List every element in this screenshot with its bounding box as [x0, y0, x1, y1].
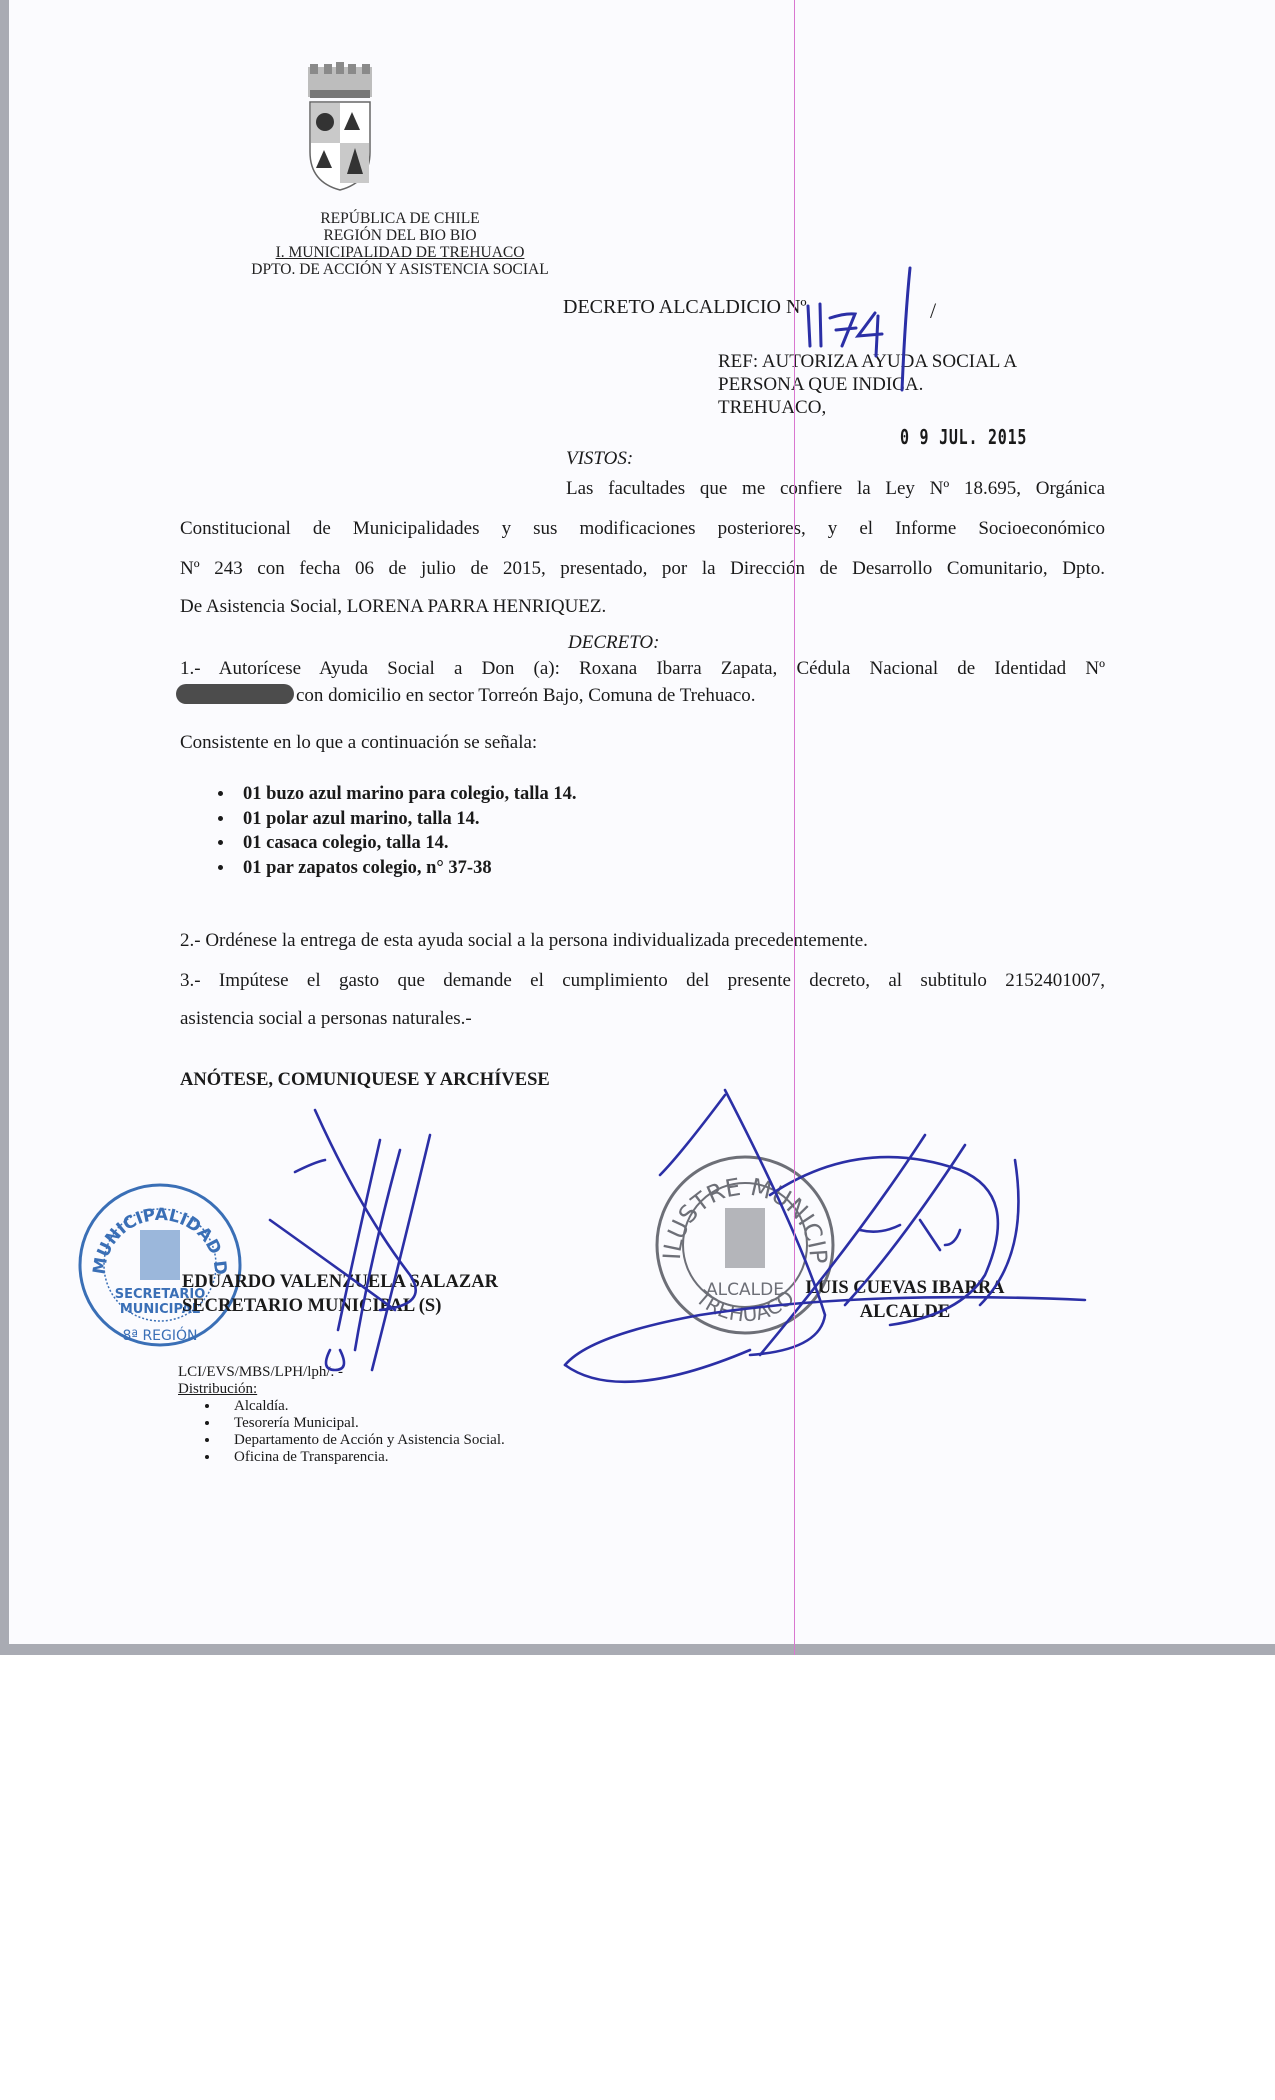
- initials: LCI/EVS/MBS/LPH/lph/. -: [178, 1364, 505, 1381]
- redacted-id-number: [176, 684, 294, 704]
- secretary-name: EDUARDO VALENZUELA SALAZAR: [182, 1270, 498, 1294]
- distribution-label: Distribución:: [178, 1381, 505, 1398]
- list-item: 01 buzo azul marino para colegio, talla …: [235, 782, 577, 807]
- mayor-title: ALCALDE: [775, 1300, 1035, 1324]
- letterhead-country: REPÚBLICA DE CHILE: [250, 210, 550, 227]
- letterhead-region: REGIÓN DEL BIO BIO: [250, 227, 550, 244]
- list-item: Tesorería Municipal.: [220, 1415, 505, 1432]
- decreto-item-1-line-2: con domicilio en sector Torreón Bajo, Co…: [176, 684, 756, 707]
- decreto-heading: DECRETO:: [568, 632, 659, 654]
- vistos-line-4: De Asistencia Social, LORENA PARRA HENRI…: [180, 596, 606, 618]
- list-item: Departamento de Acción y Asistencia Soci…: [220, 1432, 505, 1449]
- vistos-line-2: Constitucional de Municipalidades y sus …: [180, 518, 1105, 540]
- mayor-name: LUIS CUEVAS IBARRA: [775, 1276, 1035, 1300]
- consistente-line: Consistente en lo que a continuación se …: [180, 732, 537, 754]
- list-item: 01 casaca colegio, talla 14.: [235, 831, 577, 856]
- decreto-item-2: 2.- Ordénese la entrega de esta ayuda so…: [180, 930, 868, 952]
- coat-of-arms-icon: [300, 62, 380, 192]
- decreto-item-3-line-1: 3.- Impútese el gasto que demande el cum…: [180, 970, 1105, 992]
- letterhead-department: DPTO. DE ACCIÓN Y ASISTENCIA SOCIAL: [250, 261, 550, 278]
- secretary-signature-block: EDUARDO VALENZUELA SALAZAR SECRETARIO MU…: [182, 1270, 498, 1318]
- decreto-item-1-line-1: 1.- Autorícese Ayuda Social a Don (a): R…: [180, 658, 1105, 680]
- vistos-line-3: Nº 243 con fecha 06 de julio de 2015, pr…: [180, 558, 1105, 580]
- letterhead: REPÚBLICA DE CHILE REGIÓN DEL BIO BIO I.…: [250, 210, 550, 278]
- mayor-signature-block: LUIS CUEVAS IBARRA ALCALDE: [775, 1276, 1035, 1324]
- letterhead-municipality: I. MUNICIPALIDAD DE TREHUACO: [250, 244, 550, 261]
- svg-text:8ª REGIÓN: 8ª REGIÓN: [123, 1326, 198, 1344]
- list-item: Alcaldía.: [220, 1398, 505, 1415]
- distribution-block: LCI/EVS/MBS/LPH/lph/. - Distribución: Al…: [178, 1364, 505, 1466]
- vistos-heading: VISTOS:: [566, 448, 633, 470]
- aid-items-list: 01 buzo azul marino para colegio, talla …: [195, 782, 577, 880]
- decreto-item-3-line-2: asistencia social a personas naturales.-: [180, 1008, 472, 1030]
- closing-formula: ANÓTESE, COMUNIQUESE Y ARCHÍVESE: [180, 1070, 550, 1091]
- vistos-line-1: Las facultades que me confiere la Ley Nº…: [566, 478, 1105, 500]
- list-item: 01 polar azul marino, talla 14.: [235, 807, 577, 832]
- decree-number-label: DECRETO ALCALDICIO Nº: [563, 296, 807, 319]
- reference-block: REF: AUTORIZA AYUDA SOCIAL A PERSONA QUE…: [718, 350, 1017, 419]
- scan-guide-line: [794, 0, 795, 1655]
- date-stamp: 0 9 JUL. 2015: [900, 425, 1027, 449]
- secretary-title: SECRETARIO MUNICIPAL (S): [182, 1294, 498, 1318]
- list-item: Oficina de Transparencia.: [220, 1449, 505, 1466]
- list-item: 01 par zapatos colegio, n° 37-38: [235, 856, 577, 881]
- secretary-seal-icon: MUNICIPALIDAD DE TREHUACO SECRETARIO MUN…: [75, 1180, 245, 1350]
